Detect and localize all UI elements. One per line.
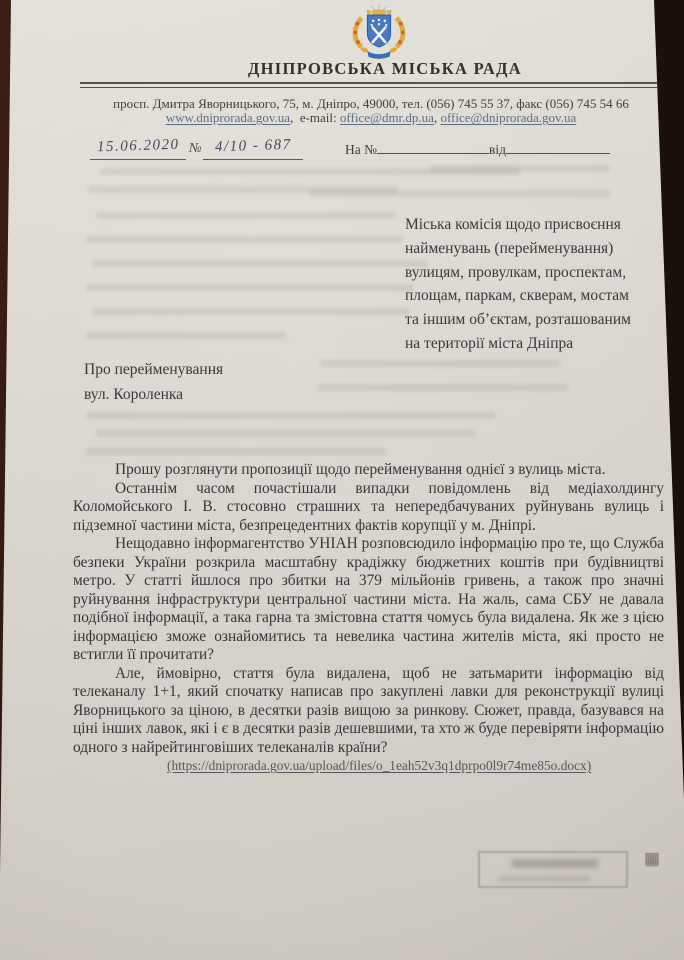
body-paragraph: Прошу розглянути пропозиції щодо перейме… <box>73 461 664 480</box>
bleed-through-line <box>318 384 568 391</box>
bleed-through-line <box>86 332 286 339</box>
letter-body: Прошу розглянути пропозиції щодо перейме… <box>73 461 664 775</box>
bleed-through-line <box>86 236 404 243</box>
body-paragraph: Нещодавно інформагентство УНІАН розповсю… <box>73 535 664 665</box>
org-contacts: www.dniprorada.gov.ua, e-mail: office@dm… <box>78 111 664 124</box>
addressee-block: Міська комісія щодо присвоєння найменува… <box>405 213 657 356</box>
bleed-through-line <box>96 430 476 437</box>
stamp-bleed-through <box>478 851 628 888</box>
number-sign: № <box>189 140 202 156</box>
organization-name: ДНІПРОВСЬКА МІСЬКА РАДА <box>180 59 590 79</box>
header-divider <box>80 82 662 88</box>
outgoing-date-field: 15.06.2020 <box>90 138 186 160</box>
bleed-through-line <box>86 284 414 291</box>
body-paragraph: Але, ймовірно, стаття була видалена, щоб… <box>73 665 664 758</box>
body-paragraph: Останнім часом почастішали випадки повід… <box>73 480 664 536</box>
email-label: e-mail: <box>300 110 337 125</box>
bleed-through-line <box>86 412 496 419</box>
reference-row: 15.06.2020 № 4/10 - 687 На №від <box>0 138 684 168</box>
reply-from-label: від <box>489 142 506 157</box>
outgoing-number-field: 4/10 - 687 <box>203 138 303 160</box>
bleed-through-line <box>320 360 560 367</box>
separator: , <box>434 110 437 125</box>
bleed-through-line <box>86 448 386 455</box>
email-link-secondary: office@dniprorada.gov.ua <box>440 110 576 125</box>
addressee-line: та іншим об’єктам, розташованим <box>405 308 657 332</box>
addressee-line: вулицям, провулкам, проспектам, <box>405 261 657 285</box>
reply-number-blank <box>377 140 489 154</box>
handwritten-number: 4/10 - 687 <box>214 137 291 156</box>
subject-line: вул. Короленка <box>84 383 223 408</box>
document-link: (https://dniprorada.gov.ua/upload/files/… <box>167 758 591 773</box>
bleed-through-line <box>92 260 428 267</box>
separator: , <box>290 110 293 125</box>
addressee-line: Міська комісія щодо присвоєння <box>405 213 657 237</box>
addressee-line: на території міста Дніпра <box>405 332 657 356</box>
website-link: www.dniprorada.gov.ua <box>166 110 290 125</box>
bleed-through-line <box>430 165 610 172</box>
letter-page: ДНІПРОВСЬКА МІСЬКА РАДА просп. Дмитра Яв… <box>0 0 684 960</box>
subject-line: Про перейменування <box>84 358 223 383</box>
reply-reference: На №від <box>345 140 610 158</box>
addressee-line: площам, паркам, скверам, мостам <box>405 284 657 308</box>
reply-date-blank <box>506 140 610 154</box>
dnipro-coat-of-arms-icon <box>348 2 410 64</box>
email-link-primary: office@dmr.dp.ua <box>340 110 434 125</box>
bleed-through-line <box>96 212 396 219</box>
photo-background: ДНІПРОВСЬКА МІСЬКА РАДА просп. Дмитра Яв… <box>0 0 684 960</box>
corner-mark-icon: ▦ <box>644 849 660 869</box>
addressee-line: найменувань (перейменування) <box>405 237 657 261</box>
subject-block: Про перейменування вул. Короленка <box>84 358 223 407</box>
bleed-through-line <box>310 190 610 197</box>
handwritten-date: 15.06.2020 <box>97 137 180 157</box>
bleed-through-line <box>92 308 410 315</box>
reply-label: На № <box>345 142 377 157</box>
org-address: просп. Дмитра Яворницького, 75, м. Дніпр… <box>78 97 664 110</box>
document-link-line: (https://dniprorada.gov.ua/upload/files/… <box>73 757 664 775</box>
